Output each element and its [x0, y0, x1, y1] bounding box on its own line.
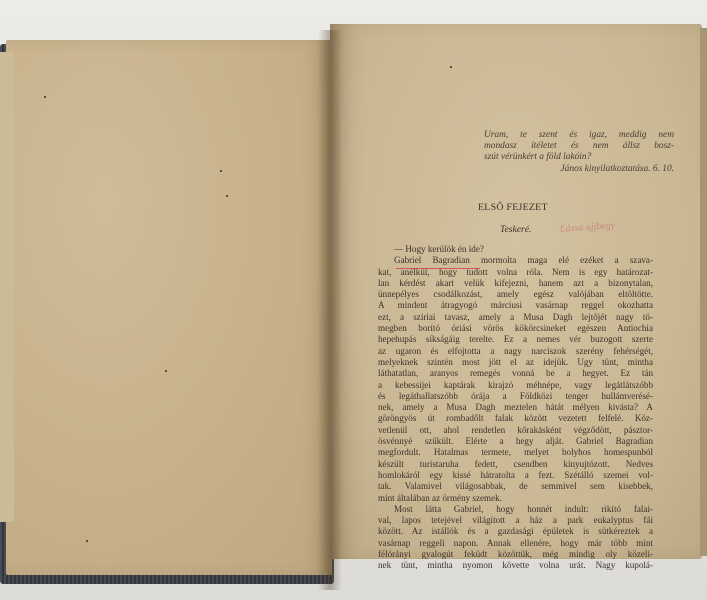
cover-edge [0, 52, 14, 522]
body-line: hepehupás síkságáig terelte. Ez a nemes … [378, 334, 653, 345]
chapter-subtitle: Teskeré. [500, 224, 531, 235]
epigraph-line: Uram, te szent és igaz, meddig nem [484, 130, 674, 141]
body-line: Gabriel Bagradian mormolta maga elé ezék… [378, 255, 653, 266]
body-line: vetlenül ott, ahol rendetlen kőrakásként… [378, 425, 653, 436]
body-line: és legáthallatszóbb órája a Földközi ten… [378, 391, 653, 402]
body-line: homlokáról egy kissé hátratolta a fezt. … [378, 470, 653, 481]
body-line: val, lapos tetejével világított a ház a … [378, 515, 653, 526]
body-line: vasárnap reggeli napon. Annak ellenére, … [378, 538, 653, 549]
body-line: ünnepélyes csodálkozást, amely egész val… [378, 289, 653, 300]
body-line: Most látta Gabriel, hogy honnét indult: … [378, 504, 653, 515]
chapter-title: ELSŐ FEJEZET [478, 202, 548, 213]
epigraph-line: szút vérünkért a föld lakóin? [484, 152, 674, 163]
body-line: melyeknek szintén most jött el az idejük… [378, 357, 653, 368]
body-line: ezt, a sziriai tavasz, amely a Musa Dagh… [378, 312, 653, 323]
body-line: mint általában az örmény szemek. [378, 493, 653, 504]
body-line: — Hogy kerülök én ide? [378, 244, 653, 255]
page-edges [700, 28, 707, 556]
epigraph-line: mondasz ítéletet és nem állsz bosz- [484, 141, 674, 152]
body-line: készült turistaruha fedett, csendben kin… [378, 459, 653, 470]
book-spine-gutter [318, 30, 342, 590]
epigraph-source: János kinyilatkoztatása. 6. 10. [484, 164, 674, 175]
red-pencil-underline [396, 268, 480, 269]
body-line: láthatatlan, aranyos remegés vonná be a … [378, 368, 653, 379]
body-line: megben borító óriási vörös kökörcsineket… [378, 323, 653, 334]
body-line: tak. Valamivel világosabbak, de semmivel… [378, 481, 653, 492]
body-line: ösvénnyé szűkült. Elérte a hegy alját. G… [378, 436, 653, 447]
body-line: a kebessijei kaptárak kirajzó méhnépe, v… [378, 380, 653, 391]
body-line: göröngyös út rombadőlt falak között veze… [378, 413, 653, 424]
body-line: félórányi gyalogút feküdt közöttük, még … [378, 549, 653, 560]
body-text: — Hogy kerülök én ide? Gabriel Bagradian… [378, 244, 653, 572]
epigraph: Uram, te szent és igaz, meddig nem monda… [484, 130, 674, 175]
body-line: megfordult. Hatalmas termete, melyet bol… [378, 447, 653, 458]
left-page-blank [6, 40, 332, 575]
body-line: között. Az istállók és a gazdasági épüle… [378, 526, 653, 537]
body-line: nek tünt, mintha nyomon követte volna ur… [378, 560, 653, 571]
body-line: nek, amely a Musa Dagh meztelen hátát mé… [378, 402, 653, 413]
body-line: A mindent átragyogó márciusi vasárnap re… [378, 300, 653, 311]
body-line: lan kérdést akart velük kifejezni, hanem… [378, 278, 653, 289]
body-line: az ugaron és elfojtotta a nagy narciszok… [378, 346, 653, 357]
